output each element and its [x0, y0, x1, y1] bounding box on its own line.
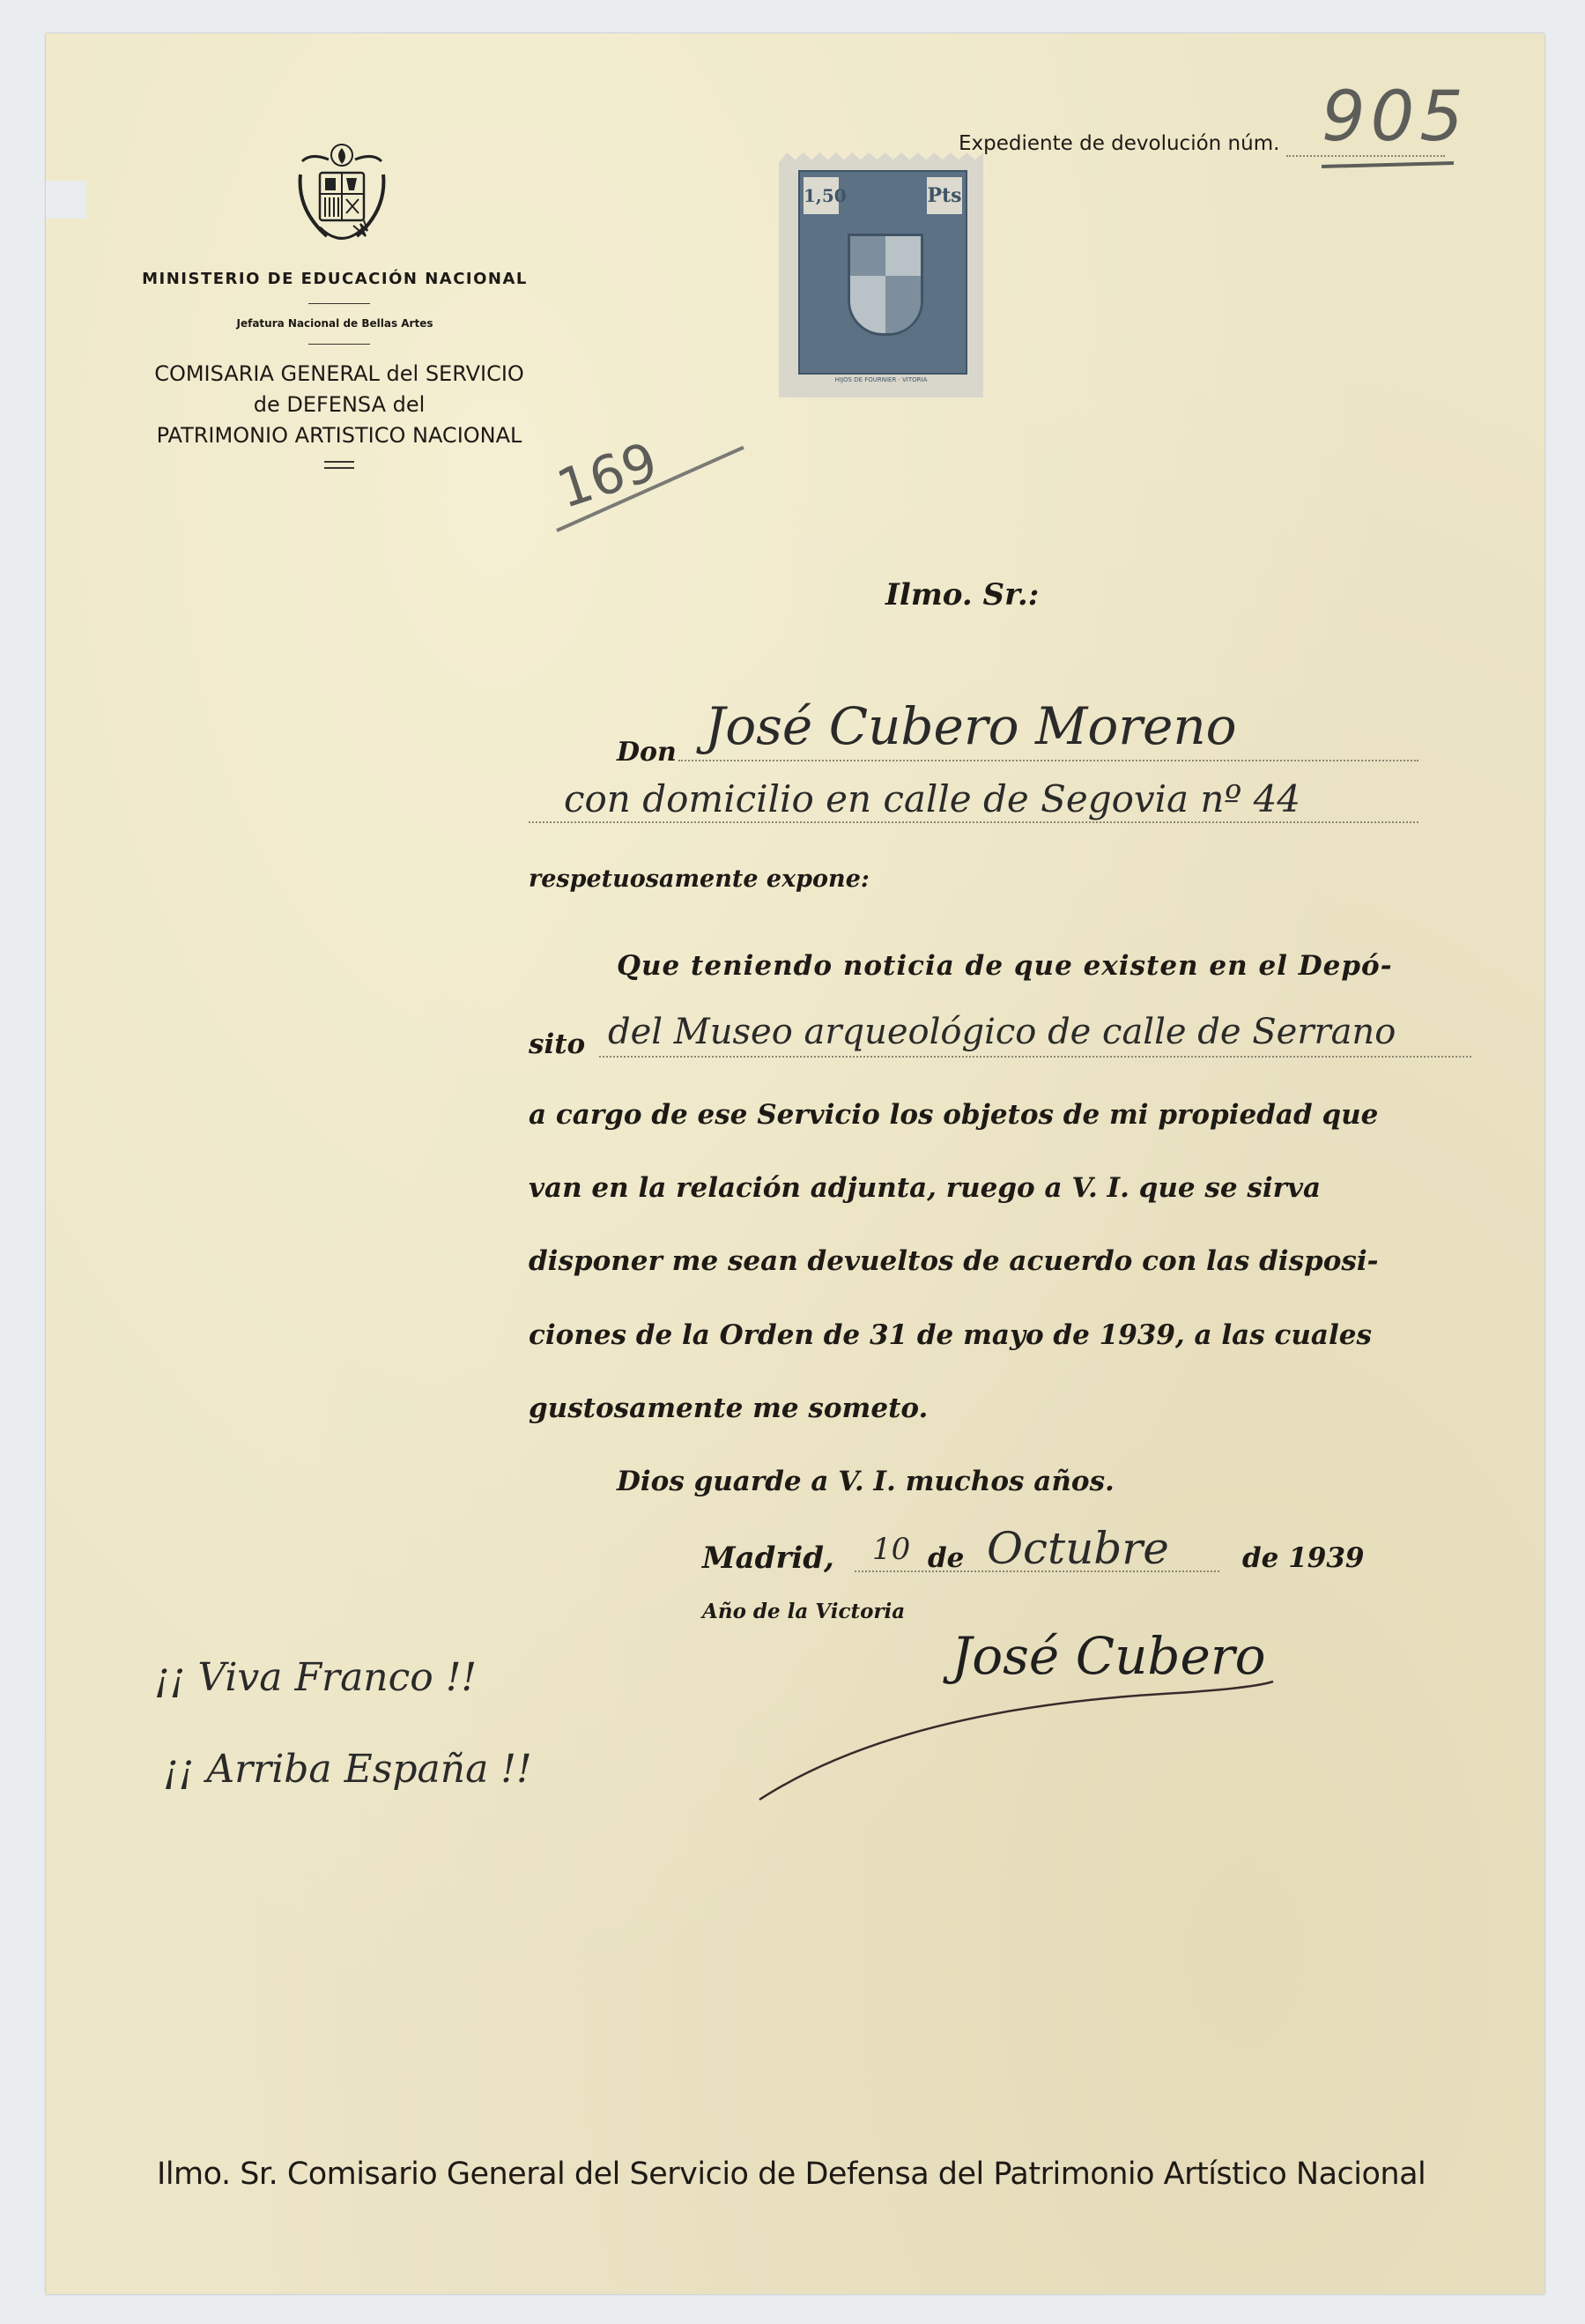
deposit-location: del Museo arqueológico de calle de Serra…: [608, 1012, 1396, 1052]
body-line-1: Que teniendo noticia de que existen en e…: [617, 950, 1393, 982]
era-text: Año de la Victoria: [702, 1600, 905, 1623]
torn-edge: [46, 181, 86, 219]
slogan-viva-franco: ¡¡ Viva Franco !!: [154, 1655, 477, 1700]
department-name: Jefatura Nacional de Bellas Artes: [159, 317, 511, 330]
stamp-value: 1,50: [804, 177, 839, 214]
stamp-currency: Pts: [927, 177, 962, 214]
don-prefix: Don: [617, 737, 677, 768]
date-month: Octubre: [987, 1523, 1169, 1574]
body-line-4: van en la relación adjunta, ruego a V. I…: [529, 1172, 1321, 1204]
address-dotted-line: [529, 821, 1418, 823]
stamp-design: 1,50 Pts: [798, 170, 967, 375]
revenue-stamp: 1,50 Pts HIJOS DE FOURNIER · VITORIA: [779, 152, 983, 397]
salutation: Ilmo. Sr.:: [885, 577, 1039, 613]
stamp-printer: HIJOS DE FOURNIER · VITORIA: [779, 376, 983, 383]
double-rule-bottom: [324, 467, 354, 469]
ministry-name: MINISTERIO DE EDUCACIÓN NACIONAL: [141, 270, 529, 288]
stamp-shield-icon: [848, 234, 923, 336]
commission-line-1: COMISARIA GENERAL del SERVICIO: [132, 361, 546, 386]
file-number-value: 905: [1322, 78, 1469, 157]
date-day: 10: [872, 1532, 910, 1567]
commission-line-3: PATRIMONIO ARTISTICO NACIONAL: [132, 423, 546, 448]
body-line-7: gustosamente me someto.: [529, 1392, 928, 1424]
name-dotted-line: [678, 760, 1418, 761]
date-city: Madrid,: [702, 1541, 834, 1576]
body-line-3: a cargo de ese Servicio los objetos de m…: [529, 1099, 1378, 1131]
body-line-5: disponer me sean devueltos de acuerdo co…: [529, 1245, 1378, 1277]
divider: [308, 303, 370, 304]
slogan-arriba-espana: ¡¡ Arriba España !!: [163, 1747, 532, 1792]
body-line-2-prefix: sito: [529, 1028, 585, 1060]
double-rule-top: [324, 461, 354, 463]
deposit-dotted-line: [599, 1056, 1471, 1058]
commission-line-2: de DEFENSA del: [132, 392, 546, 417]
intro-text: respetuosamente expone:: [529, 865, 870, 893]
spanish-coat-of-arms-icon: [293, 139, 390, 249]
date-year: de 1939: [1242, 1542, 1364, 1574]
addressee-footer: Ilmo. Sr. Comisario General del Servicio…: [157, 2157, 1426, 2192]
date-de: de: [928, 1542, 964, 1574]
applicant-name: José Cubero Moreno: [705, 696, 1237, 756]
applicant-address: con domicilio en calle de Segovia nº 44: [564, 777, 1300, 820]
closing: Dios guarde a V. I. muchos años.: [617, 1466, 1115, 1497]
file-number-label: Expediente de devolución núm.: [959, 132, 1279, 155]
body-line-6: ciones de la Orden de 31 de mayo de 1939…: [529, 1319, 1372, 1351]
divider: [308, 344, 370, 345]
signature-flourish: [758, 1674, 1286, 1807]
